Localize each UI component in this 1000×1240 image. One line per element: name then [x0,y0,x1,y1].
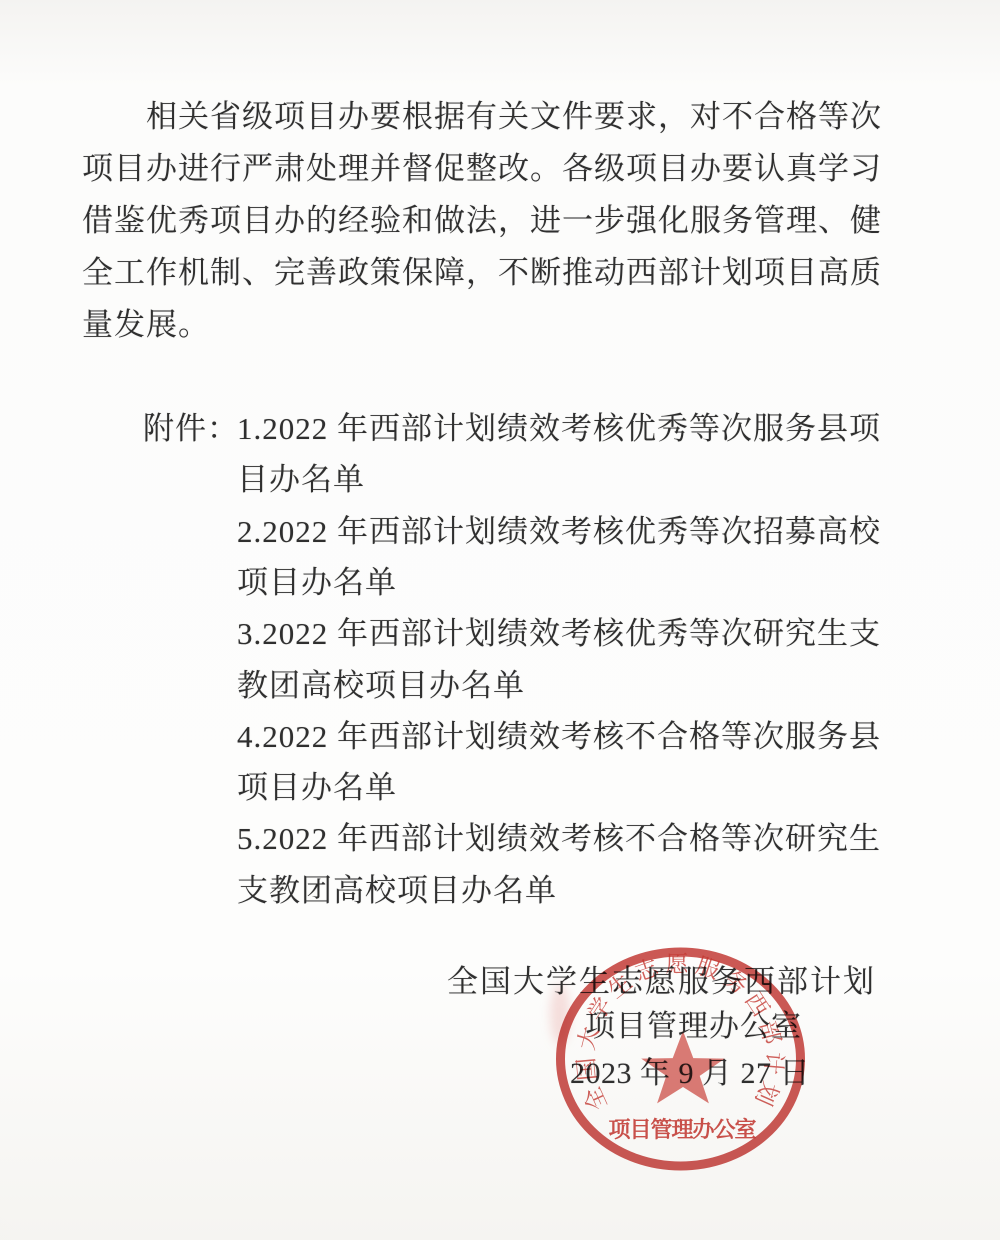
seal-star-icon [641,1031,725,1103]
attachment-item-5-line-1: 5.2022 年西部计划绩效考核不合格等次研究生 [237,820,881,858]
paragraph-line: 全工作机制、完善政策保障，不断推动西部计划项目高质 [82,254,882,292]
paragraph-line: 借鉴优秀项目办的经验和做法，进一步强化服务管理、健 [82,202,882,240]
official-seal: 全国大学生志愿服务西部计划 项目管理办公室 [540,925,830,1195]
seal-bottom-text: 项目管理办公室 [608,1117,756,1142]
attachment-item-2-line-1: 2.2022 年西部计划绩效考核优秀等次招募高校 [237,513,881,551]
document-page: 相关省级项目办要根据有关文件要求，对不合格等次 项目办进行严肃处理并督促整改。各… [0,0,1000,1240]
attachment-item-3-line-2: 教团高校项目办名单 [237,667,525,705]
attachment-item-4-line-1: 4.2022 年西部计划绩效考核不合格等次服务县 [237,718,881,756]
paragraph-line: 项目办进行严肃处理并督促整改。各级项目办要认真学习 [82,150,882,188]
attachment-item-1-line-2: 目办名单 [237,461,365,499]
attachment-item-4-line-2: 项目办名单 [237,769,397,807]
attachment-item-5-line-2: 支教团高校项目办名单 [237,872,557,910]
attachments-label: 附件： [143,410,239,448]
attachment-item-1-line-1: 1.2022 年西部计划绩效考核优秀等次服务县项 [237,410,881,448]
paragraph-line: 相关省级项目办要根据有关文件要求，对不合格等次 [82,98,882,136]
paragraph-line: 量发展。 [82,306,210,344]
attachment-item-3-line-1: 3.2022 年西部计划绩效考核优秀等次研究生支 [237,615,881,653]
attachment-item-2-line-2: 项目办名单 [237,564,397,602]
